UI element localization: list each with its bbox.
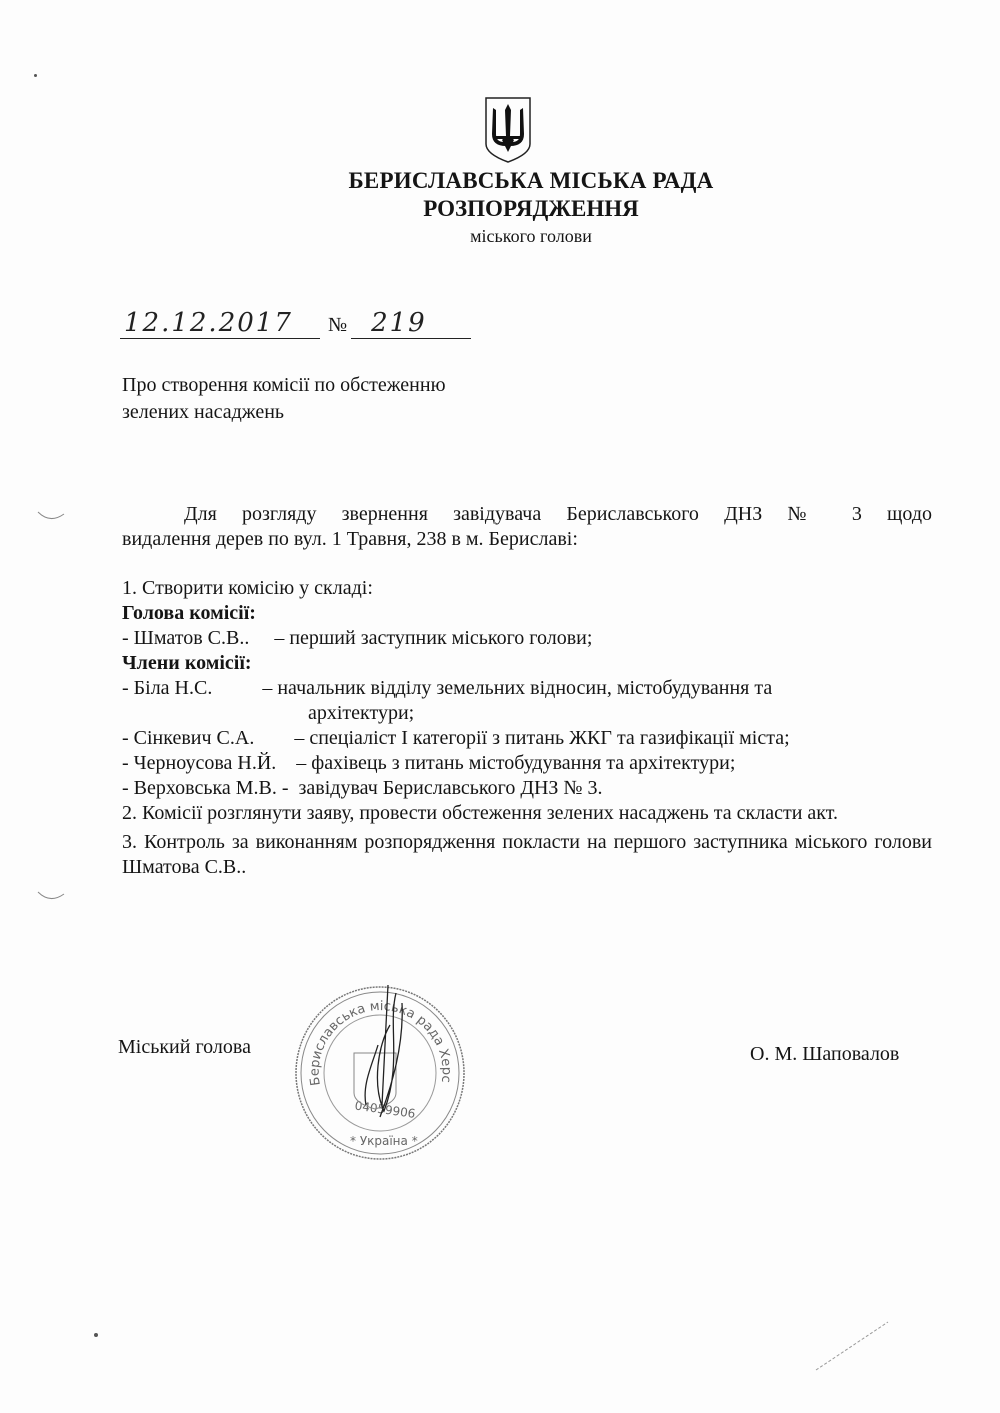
scan-artifact <box>34 74 37 77</box>
document-body: Для розгляду звернення завідувача Берисл… <box>122 502 932 880</box>
head-row: - Шматов С.В.. – перший заступник місько… <box>122 626 932 651</box>
item-2: 2. Комісії розглянути заяву, провести об… <box>122 801 932 826</box>
document-number: 219 <box>371 308 427 338</box>
scan-artifact <box>812 1318 892 1374</box>
date-number-line: 12.12.2017№219 <box>120 308 471 339</box>
member-name: - Черноусова Н.Й. <box>122 751 296 776</box>
member-name: - Верховська М.В. - <box>122 776 299 801</box>
issuer: міського голови <box>62 226 1000 247</box>
member-row: - Біла Н.С. – начальник відділу земельни… <box>122 676 932 701</box>
item-3: 3. Контроль за виконанням розпорядження … <box>122 830 932 880</box>
member-role-cont: архітектури; <box>122 701 932 726</box>
member-row: - Сінкевич С.А. – спеціаліст І категорії… <box>122 726 932 751</box>
signatory-name: О. М. Шаповалов <box>750 1043 899 1066</box>
trident-emblem-icon <box>484 96 532 164</box>
document-date: 12.12.2017 <box>124 308 293 338</box>
subject-line: Про створення комісії по обстеженню <box>122 372 446 399</box>
document-type: РОЗПОРЯДЖЕННЯ <box>62 196 1000 222</box>
scan-artifact <box>36 888 66 904</box>
member-role: – спеціаліст І категорії з питань ЖКГ та… <box>294 726 789 751</box>
subject-line: зелених насаджень <box>122 399 446 426</box>
organization-name: БЕРИСЛАВСЬКА МІСЬКА РАДА <box>62 168 1000 194</box>
member-name: - Біла Н.С. <box>122 676 262 701</box>
member-role: завідувач Бериславського ДНЗ № 3. <box>299 776 603 801</box>
member-role: – фахівець з питань містобудування та ар… <box>296 751 735 776</box>
head-label: Голова комісії: <box>122 601 932 626</box>
document-page: БЕРИСЛАВСЬКА МІСЬКА РАДА РОЗПОРЯДЖЕННЯ м… <box>0 0 1000 1413</box>
number-label: № <box>328 314 347 336</box>
document-subject: Про створення комісії по обстеженню зеле… <box>122 372 446 426</box>
member-role: – начальник відділу земельних відносин, … <box>262 676 772 701</box>
scan-artifact <box>36 508 66 524</box>
intro-paragraph: Для розгляду звернення завідувача Берисл… <box>122 502 932 527</box>
member-row: - Черноусова Н.Й. – фахівець з питань мі… <box>122 751 932 776</box>
member-row: - Верховська М.В. - завідувач Бериславсь… <box>122 776 932 801</box>
member-role: – перший заступник міського голови; <box>274 626 592 651</box>
intro-paragraph-cont: видалення дерев по вул. 1 Травня, 238 в … <box>122 527 932 552</box>
document-header: БЕРИСЛАВСЬКА МІСЬКА РАДА РОЗПОРЯДЖЕННЯ м… <box>0 168 1000 247</box>
svg-text:* Україна *: * Україна * <box>350 1134 418 1148</box>
member-name: - Сінкевич С.А. <box>122 726 294 751</box>
svg-text:Бериславська міська рада Херсо: Бериславська міська рада Херсонської обл… <box>292 985 454 1087</box>
official-stamp-icon: Бериславська міська рада Херсонської обл… <box>292 985 468 1161</box>
signatory-title: Міський голова <box>118 1036 251 1059</box>
member-name: - Шматов С.В.. <box>122 626 274 651</box>
item-1: 1. Створити комісію у складі: <box>122 576 932 601</box>
scan-artifact <box>94 1333 98 1337</box>
members-label: Члени комісії: <box>122 651 932 676</box>
